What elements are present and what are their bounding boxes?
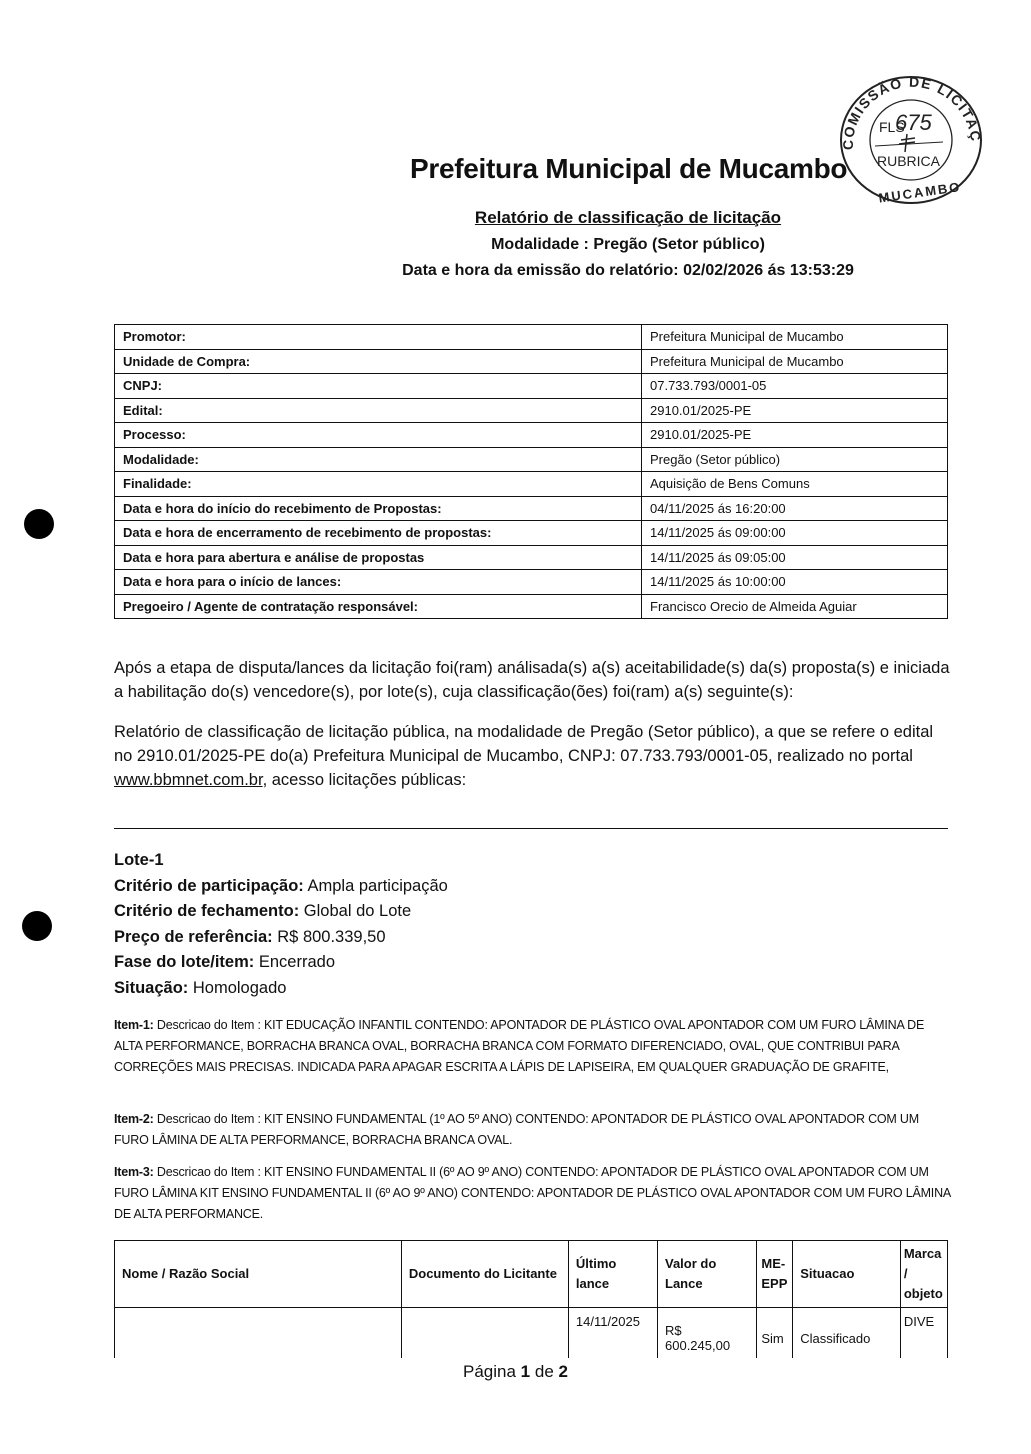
item-description: Item-2: Descricao do Item : KIT ENSINO F…	[114, 1109, 954, 1151]
info-value: 2910.01/2025-PE	[642, 423, 948, 448]
info-row: Data e hora para abertura e análise de p…	[115, 545, 948, 570]
col-header-name: Nome / Razão Social	[115, 1241, 402, 1308]
info-label: Pregoeiro / Agente de contratação respon…	[115, 594, 642, 619]
punch-hole-mark	[24, 509, 54, 539]
lote-field-label: Situação:	[114, 979, 188, 997]
page-word: Página	[463, 1362, 516, 1381]
lote-field-value: R$ 800.339,50	[277, 928, 385, 946]
col-header-brand: Marca / objeto	[900, 1241, 947, 1308]
cell-name	[115, 1308, 402, 1359]
info-row: CNPJ:07.733.793/0001-05	[115, 374, 948, 399]
info-row: Finalidade:Aquisição de Bens Comuns	[115, 472, 948, 497]
of-word: de	[535, 1362, 554, 1381]
cell-me-epp: Sim	[757, 1308, 793, 1359]
info-value: Pregão (Setor público)	[642, 447, 948, 472]
modality-line: Modalidade : Pregão (Setor público)	[0, 236, 1031, 254]
lote-field-label: Fase do lote/item:	[114, 953, 254, 971]
report-paragraph-tail: , acesso licitações públicas:	[263, 771, 467, 789]
col-header-document: Documento do Licitante	[401, 1241, 568, 1308]
intro-paragraph: Após a etapa de disputa/lances da licita…	[114, 656, 954, 704]
info-row: Modalidade:Pregão (Setor público)	[115, 447, 948, 472]
info-value: Prefeitura Municipal de Mucambo	[642, 349, 948, 374]
table-row: 14/11/2025R$ 600.245,00SimClassificadoDI…	[115, 1308, 948, 1359]
cell-bid-value: R$ 600.245,00	[658, 1308, 757, 1359]
lote-field-label: Critério de participação:	[114, 877, 304, 895]
report-paragraph-text: Relatório de classificação de licitação …	[114, 723, 933, 765]
col-header-last-bid: Último lance	[568, 1241, 657, 1308]
info-value: 14/11/2025 ás 10:00:00	[642, 570, 948, 595]
item-description: Item-1: Descricao do Item : KIT EDUCAÇÃO…	[114, 1015, 954, 1078]
info-label: Data e hora de encerramento de recebimen…	[115, 521, 642, 546]
col-header-me-epp: ME-EPP	[757, 1241, 793, 1308]
lote-field: Situação: Homologado	[114, 976, 448, 1002]
info-label: Promotor:	[115, 325, 642, 350]
item-label: Item-3:	[114, 1165, 154, 1179]
bid-classification-table: Nome / Razão Social Documento do Licitan…	[114, 1240, 948, 1358]
info-row: Promotor:Prefeitura Municipal de Mucambo	[115, 325, 948, 350]
info-label: Processo:	[115, 423, 642, 448]
item-text: Descricao do Item : KIT ENSINO FUNDAMENT…	[114, 1165, 950, 1221]
lote-field: Critério de participação: Ampla particip…	[114, 874, 448, 900]
modality-line-text: Modalidade : Pregão (Setor público)	[491, 236, 765, 254]
info-label: Finalidade:	[115, 472, 642, 497]
lote-field-value: Homologado	[193, 979, 287, 997]
total-pages-number: 2	[559, 1362, 568, 1381]
stamp-folio-number: 675	[895, 110, 932, 135]
col-header-bid-value: Valor do Lance	[658, 1241, 757, 1308]
info-label: Modalidade:	[115, 447, 642, 472]
lote-title: Lote-1	[114, 848, 448, 874]
info-row: Processo:2910.01/2025-PE	[115, 423, 948, 448]
info-value: 14/11/2025 ás 09:00:00	[642, 521, 948, 546]
section-divider	[114, 828, 948, 829]
lote-field-value: Ampla participação	[308, 877, 448, 895]
punch-hole-mark	[22, 911, 52, 941]
info-row: Edital:2910.01/2025-PE	[115, 398, 948, 423]
info-label: Data e hora para o início de lances:	[115, 570, 642, 595]
report-title: Relatório de classificação de licitação	[0, 208, 1031, 228]
commission-stamp: COMISSÃO DE LICITAÇÃO MUCAMBO FLS 675 RU…	[835, 72, 983, 208]
info-row: Data e hora do início do recebimento de …	[115, 496, 948, 521]
item-text: Descricao do Item : KIT EDUCAÇÃO INFANTI…	[114, 1018, 924, 1074]
info-value: Francisco Orecio de Almeida Aguiar	[642, 594, 948, 619]
info-value: 14/11/2025 ás 09:05:00	[642, 545, 948, 570]
lote-field-label: Critério de fechamento:	[114, 902, 299, 920]
info-row: Pregoeiro / Agente de contratação respon…	[115, 594, 948, 619]
lote-field: Preço de referência: R$ 800.339,50	[114, 925, 448, 951]
tender-info-table: Promotor:Prefeitura Municipal de Mucambo…	[114, 324, 948, 619]
cell-last-bid: 14/11/2025	[568, 1308, 657, 1359]
emission-line: Data e hora da emissão do relatório: 02/…	[0, 262, 1031, 280]
lote-field: Critério de fechamento: Global do Lote	[114, 899, 448, 925]
info-value: 04/11/2025 ás 16:20:00	[642, 496, 948, 521]
info-label: Edital:	[115, 398, 642, 423]
organization-title-text: Prefeitura Municipal de Mucambo	[410, 153, 847, 184]
item-description: Item-3: Descricao do Item : KIT ENSINO F…	[114, 1162, 954, 1225]
item-label: Item-1:	[114, 1018, 154, 1032]
info-value: Aquisição de Bens Comuns	[642, 472, 948, 497]
portal-link[interactable]: www.bbmnet.com.br	[114, 771, 263, 789]
cell-document	[401, 1308, 568, 1359]
emission-line-text: Data e hora da emissão do relatório: 02/…	[402, 262, 854, 280]
report-title-text: Relatório de classificação de licitação	[475, 208, 781, 228]
report-paragraph: Relatório de classificação de licitação …	[114, 720, 954, 792]
item-text: Descricao do Item : KIT ENSINO FUNDAMENT…	[114, 1112, 919, 1147]
stamp-seal-icon: COMISSÃO DE LICITAÇÃO MUCAMBO FLS 675 RU…	[835, 72, 983, 208]
stamp-rubrica-label: RUBRICA	[877, 153, 941, 169]
info-label: CNPJ:	[115, 374, 642, 399]
info-label: Unidade de Compra:	[115, 349, 642, 374]
info-label: Data e hora do início do recebimento de …	[115, 496, 642, 521]
lote-field: Fase do lote/item: Encerrado	[114, 950, 448, 976]
page-footer: Página 1 de 2	[0, 1362, 1031, 1382]
current-page-number: 1	[521, 1362, 530, 1381]
lote-field-value: Encerrado	[259, 953, 335, 971]
info-value: 07.733.793/0001-05	[642, 374, 948, 399]
info-row: Data e hora de encerramento de recebimen…	[115, 521, 948, 546]
info-value: 2910.01/2025-PE	[642, 398, 948, 423]
bid-table-header-row: Nome / Razão Social Documento do Licitan…	[115, 1241, 948, 1308]
item-label: Item-2:	[114, 1112, 154, 1126]
lote-summary: Lote-1 Critério de participação: Ampla p…	[114, 848, 448, 1001]
col-header-status: Situacao	[793, 1241, 901, 1308]
info-value: Prefeitura Municipal de Mucambo	[642, 325, 948, 350]
info-row: Unidade de Compra:Prefeitura Municipal d…	[115, 349, 948, 374]
cell-status: Classificado	[793, 1308, 901, 1359]
info-label: Data e hora para abertura e análise de p…	[115, 545, 642, 570]
cell-brand: DIVE	[900, 1308, 947, 1359]
lote-field-value: Global do Lote	[304, 902, 411, 920]
info-row: Data e hora para o início de lances:14/1…	[115, 570, 948, 595]
lote-field-label: Preço de referência:	[114, 928, 273, 946]
